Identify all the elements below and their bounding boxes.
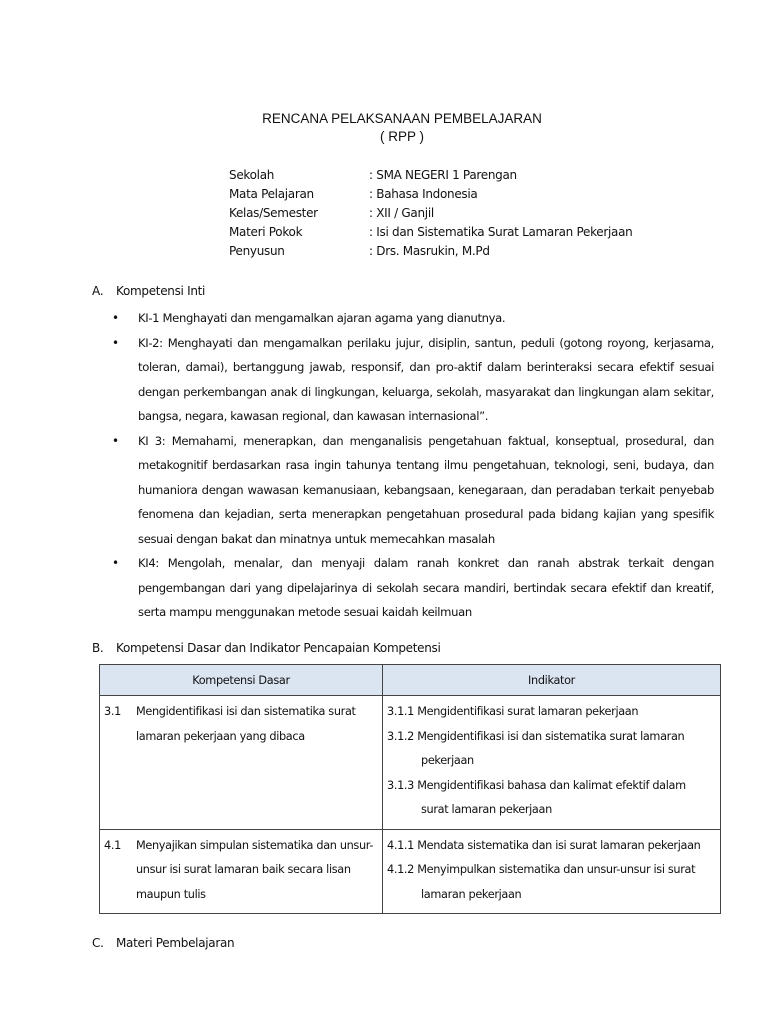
indicator-item: 3.1.3 Mengidentifikasi bahasa dan kalima… (387, 774, 716, 823)
section-letter: C. (92, 936, 116, 950)
indikator-cell: 4.1.1 Mendata sistematika dan isi surat … (383, 829, 721, 914)
section-letter: A. (92, 284, 116, 298)
list-item-text: KI4: Mengolah, menalar, dan menyaji dala… (138, 556, 714, 619)
identity-value: : Isi dan Sistematika Surat Lamaran Peke… (369, 223, 632, 242)
kd-number: 3.1 (104, 700, 136, 749)
identity-value: : Drs. Masrukin, M.Pd (369, 242, 490, 261)
identity-value: : Bahasa Indonesia (369, 185, 477, 204)
identity-value: : XII / Ganjil (369, 204, 434, 223)
identity-label: Penyusun (229, 242, 369, 261)
identity-row-materi-pokok: Materi Pokok : Isi dan Sistematika Surat… (229, 223, 632, 242)
table-header-row: Kompetensi Dasar Indikator (100, 665, 721, 696)
identity-row-sekolah: Sekolah : SMA NEGERI 1 Parengan (229, 166, 632, 185)
document-page: RENCANA PELAKSANAAN PEMBELAJARAN ( RPP )… (0, 0, 768, 1024)
kompetensi-inti-list: • KI-1 Menghayati dan mengamalkan ajaran… (112, 306, 714, 625)
section-letter: B. (92, 641, 116, 655)
column-header-kompetensi-dasar: Kompetensi Dasar (100, 665, 383, 696)
identity-row-kelas-semester: Kelas/Semester : XII / Ganjil (229, 204, 632, 223)
kd-text: Mengidentifikasi isi dan sistematika sur… (136, 700, 378, 749)
document-title: RENCANA PELAKSANAAN PEMBELAJARAN (0, 111, 768, 126)
kompetensi-table: Kompetensi Dasar Indikator 3.1 Mengident… (99, 664, 721, 914)
kd-cell: 3.1 Mengidentifikasi isi dan sistematika… (100, 696, 383, 830)
identity-value: : SMA NEGERI 1 Parengan (369, 166, 517, 185)
identity-label: Sekolah (229, 166, 369, 185)
list-item-text: KI-2: Menghayati dan mengamalkan perilak… (138, 336, 714, 424)
bullet-icon: • (112, 551, 119, 576)
list-item-ki-2: • KI-2: Menghayati dan mengamalkan peril… (112, 331, 714, 429)
identity-label: Mata Pelajaran (229, 185, 369, 204)
kd-cell: 4.1 Menyajikan simpulan sistematika dan … (100, 829, 383, 914)
identity-block: Sekolah : SMA NEGERI 1 Parengan Mata Pel… (229, 166, 632, 261)
bullet-icon: • (112, 306, 119, 331)
section-a-heading: A.Kompetensi Inti (92, 284, 205, 298)
indicator-item: 4.1.2 Menyimpulkan sistematika dan unsur… (387, 858, 716, 907)
list-item-text: KI 3: Memahami, menerapkan, dan menganal… (138, 434, 714, 546)
section-title: Materi Pembelajaran (116, 936, 234, 950)
indicator-item: 3.1.1 Mengidentifikasi surat lamaran pek… (387, 700, 716, 725)
identity-label: Materi Pokok (229, 223, 369, 242)
bullet-icon: • (112, 429, 119, 454)
list-item-ki-4: • KI4: Mengolah, menalar, dan menyaji da… (112, 551, 714, 625)
kd-text: Menyajikan simpulan sistematika dan unsu… (136, 834, 378, 908)
list-item-ki-1: • KI-1 Menghayati dan mengamalkan ajaran… (112, 306, 714, 331)
indicator-item: 4.1.1 Mendata sistematika dan isi surat … (387, 834, 716, 859)
identity-label: Kelas/Semester (229, 204, 369, 223)
section-title: Kompetensi Inti (116, 284, 205, 298)
identity-row-penyusun: Penyusun : Drs. Masrukin, M.Pd (229, 242, 632, 261)
list-item-ki-3: • KI 3: Memahami, menerapkan, dan mengan… (112, 429, 714, 552)
section-b-heading: B.Kompetensi Dasar dan Indikator Pencapa… (92, 641, 441, 655)
table-row: 4.1 Menyajikan simpulan sistematika dan … (100, 829, 721, 914)
identity-row-mata-pelajaran: Mata Pelajaran : Bahasa Indonesia (229, 185, 632, 204)
list-item-text: KI-1 Menghayati dan mengamalkan ajaran a… (138, 311, 505, 325)
indicator-item: 3.1.2 Mengidentifikasi isi dan sistemati… (387, 725, 716, 774)
kd-number: 4.1 (104, 834, 136, 908)
document-subtitle: ( RPP ) (0, 129, 768, 144)
indikator-cell: 3.1.1 Mengidentifikasi surat lamaran pek… (383, 696, 721, 830)
table-row: 3.1 Mengidentifikasi isi dan sistematika… (100, 696, 721, 830)
column-header-indikator: Indikator (383, 665, 721, 696)
section-title: Kompetensi Dasar dan Indikator Pencapaia… (116, 641, 441, 655)
bullet-icon: • (112, 331, 119, 356)
section-c-heading: C.Materi Pembelajaran (92, 936, 234, 950)
